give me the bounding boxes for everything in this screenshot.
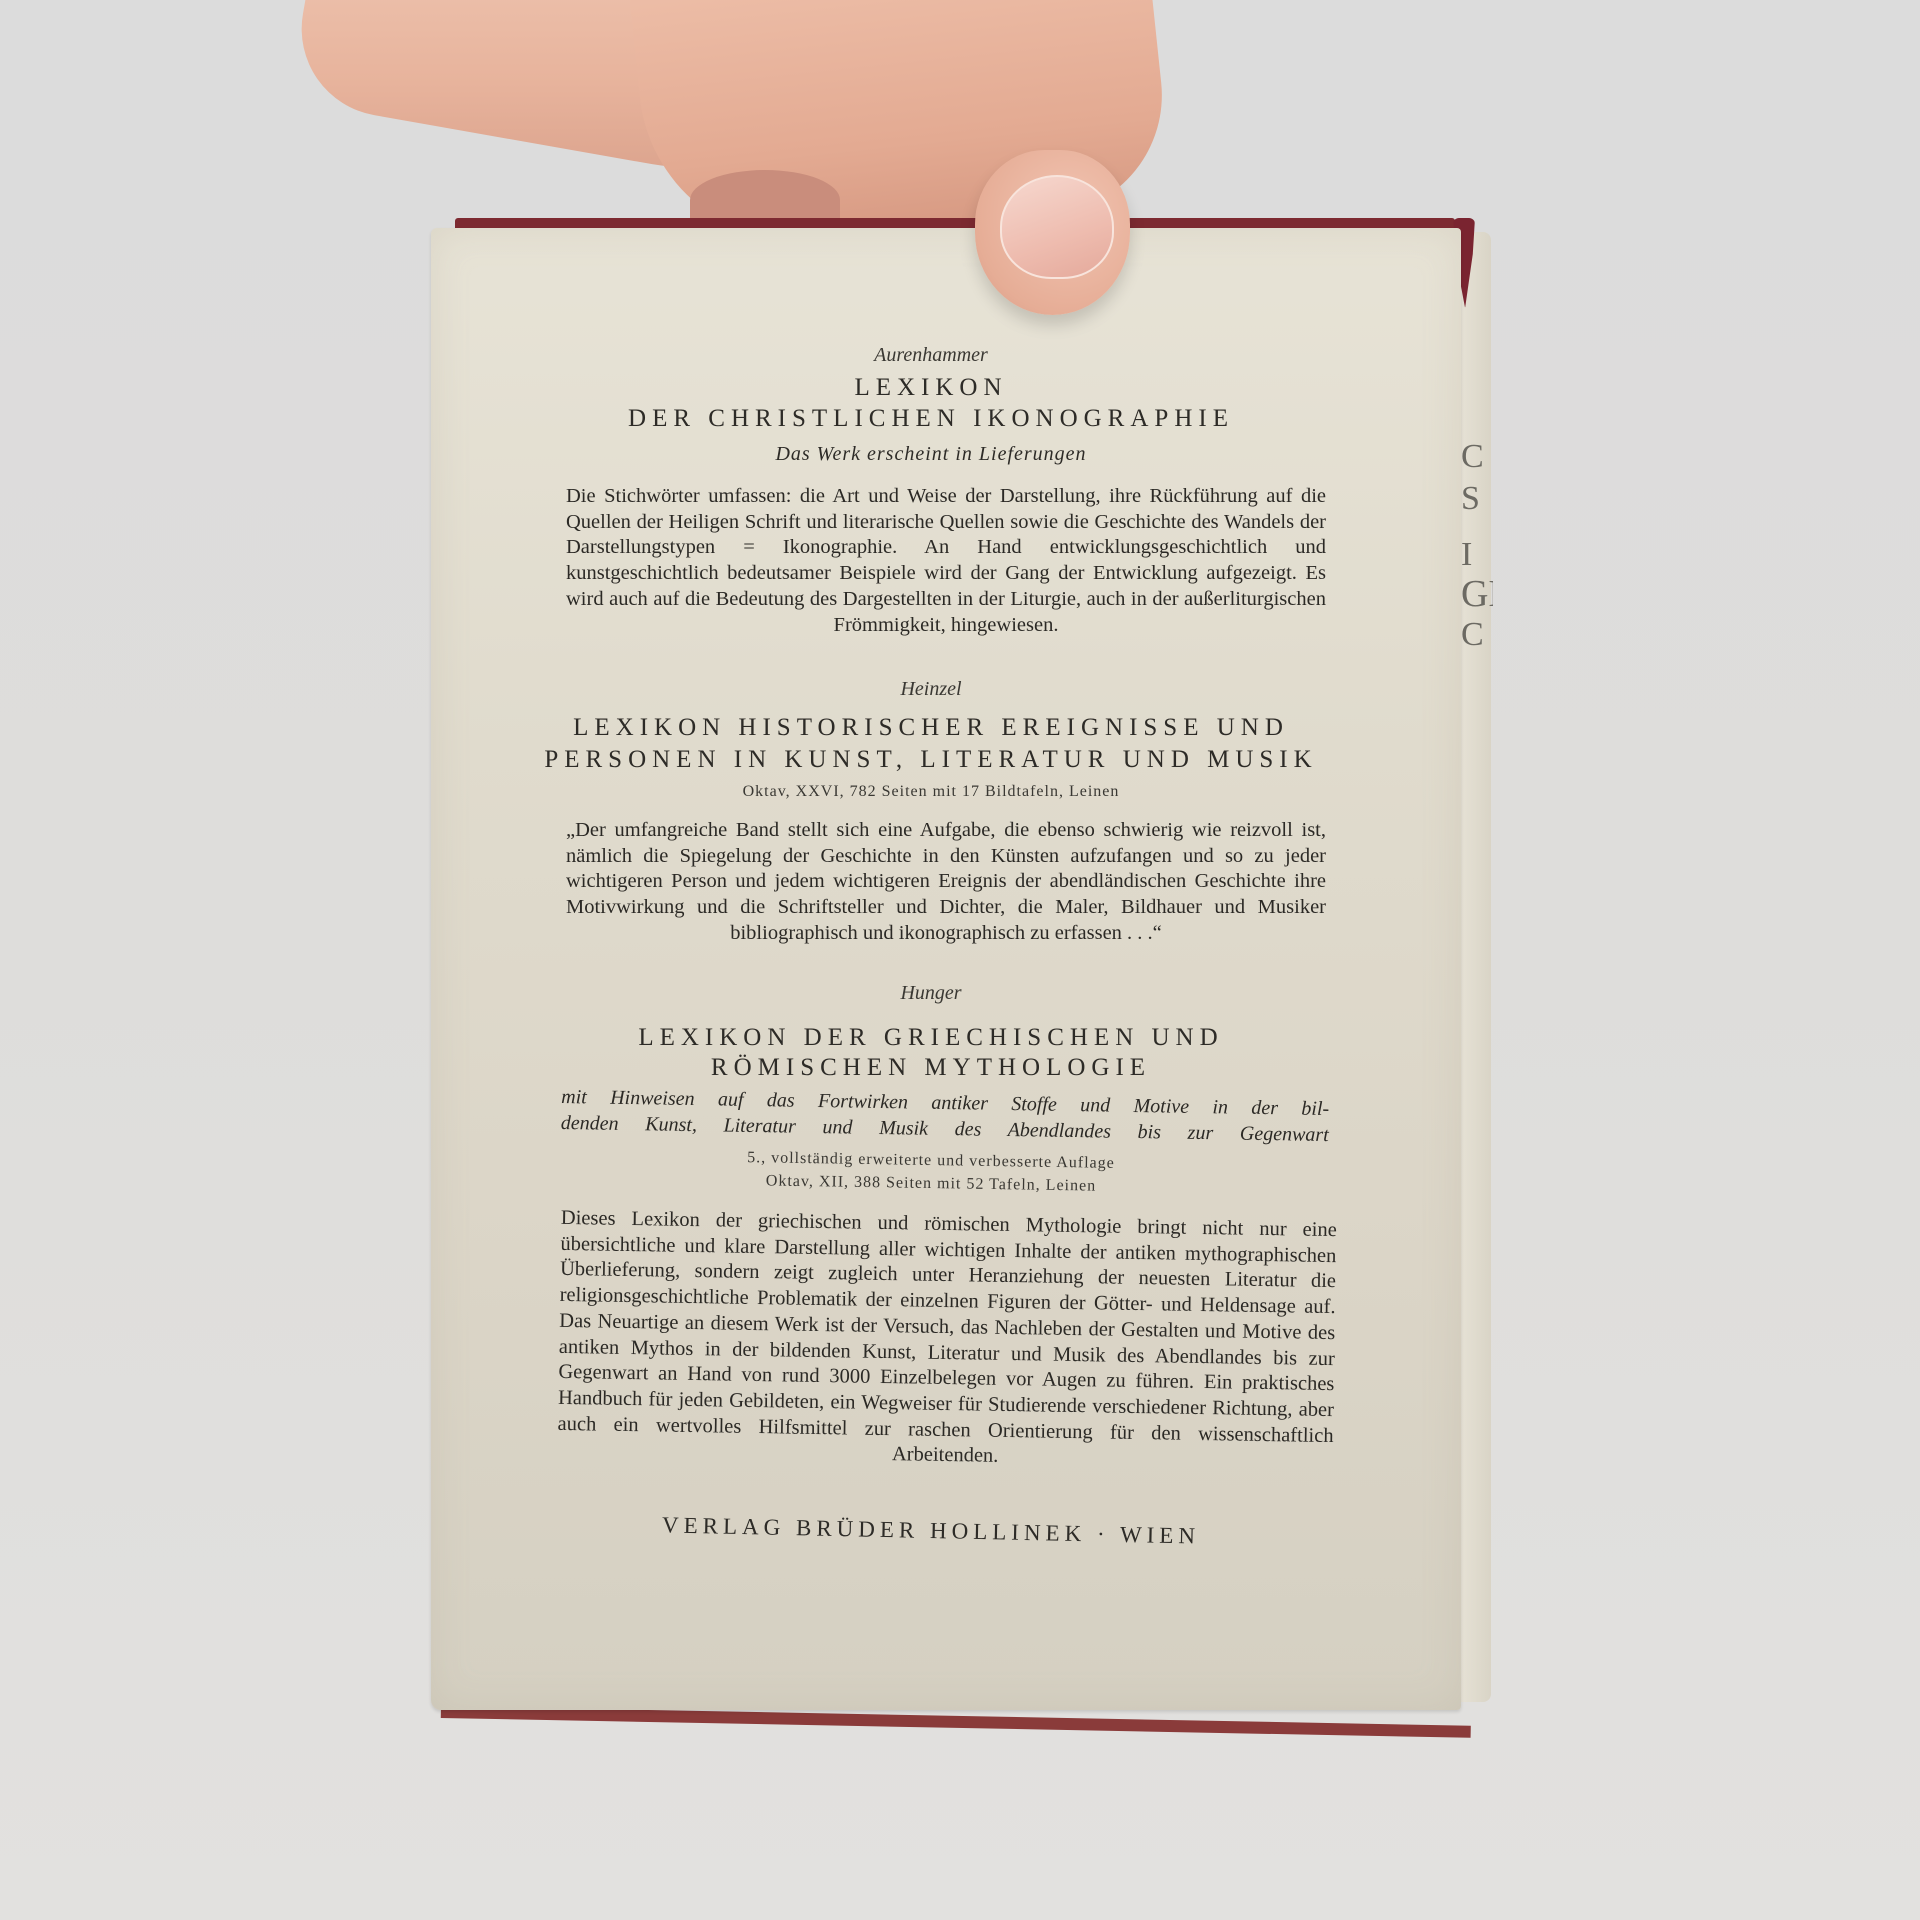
- section-3-description-text: Dieses Lexikon der griechischen und römi…: [557, 1206, 1337, 1475]
- section-1-description: Die Stichwörter umfassen: die Art und We…: [566, 484, 1326, 638]
- spine-text-4: GES: [1461, 572, 1493, 616]
- section-1-title-line-2: DER CHRISTLICHEN IKONOGRAPHIE: [431, 405, 1431, 433]
- spine-text-5: C: [1461, 616, 1493, 654]
- spine-text-2: S: [1461, 480, 1493, 518]
- dust-jacket-back: Aurenhammer LEXIKON DER CHRISTLICHEN IKO…: [431, 228, 1461, 1710]
- section-2-title-line-2: PERSONEN IN KUNST, LITERATUR UND MUSIK: [431, 746, 1431, 774]
- hand-arm: [288, 0, 872, 197]
- section-1-title-line-1: LEXIKON: [431, 374, 1431, 402]
- section-2-quote-text: „Der umfangreiche Band stellt sich eine …: [566, 818, 1326, 947]
- book: C S I GES C Aurenhammer LEXIKON DER CHRI…: [431, 218, 1491, 1728]
- section-2-author: Heinzel: [431, 678, 1431, 701]
- section-2-meta: Oktav, XXVI, 782 Seiten mit 17 Bildtafel…: [431, 783, 1431, 801]
- back-cover-content: Aurenhammer LEXIKON DER CHRISTLICHEN IKO…: [431, 228, 1431, 1708]
- section-1-subtitle: Das Werk erscheint in Lieferungen: [431, 443, 1431, 466]
- spine-text-1: C: [1461, 438, 1493, 476]
- section-3-subtitle: mit Hinweisen auf das Fortwirken antiker…: [561, 1084, 1330, 1148]
- section-3-author: Hunger: [431, 982, 1431, 1005]
- section-2-quote: „Der umfangreiche Band stellt sich eine …: [566, 818, 1326, 947]
- section-3-title-line-1: LEXIKON DER GRIECHISCHEN UND: [431, 1024, 1431, 1052]
- section-2-title-line-1: LEXIKON HISTORISCHER EREIGNISSE UND: [431, 714, 1431, 742]
- spine-text-3: I: [1461, 536, 1493, 574]
- section-3-description: Dieses Lexikon der griechischen und römi…: [557, 1206, 1337, 1475]
- publisher-imprint: VERLAG BRÜDER HOLLINEK · WIEN: [431, 1508, 1431, 1555]
- section-1-description-text: Die Stichwörter umfassen: die Art und We…: [566, 484, 1326, 638]
- section-3-title-line-2: RÖMISCHEN MYTHOLOGIE: [431, 1054, 1431, 1082]
- cloth-binding-bottom: [441, 1706, 1471, 1738]
- section-1-author: Aurenhammer: [431, 344, 1431, 367]
